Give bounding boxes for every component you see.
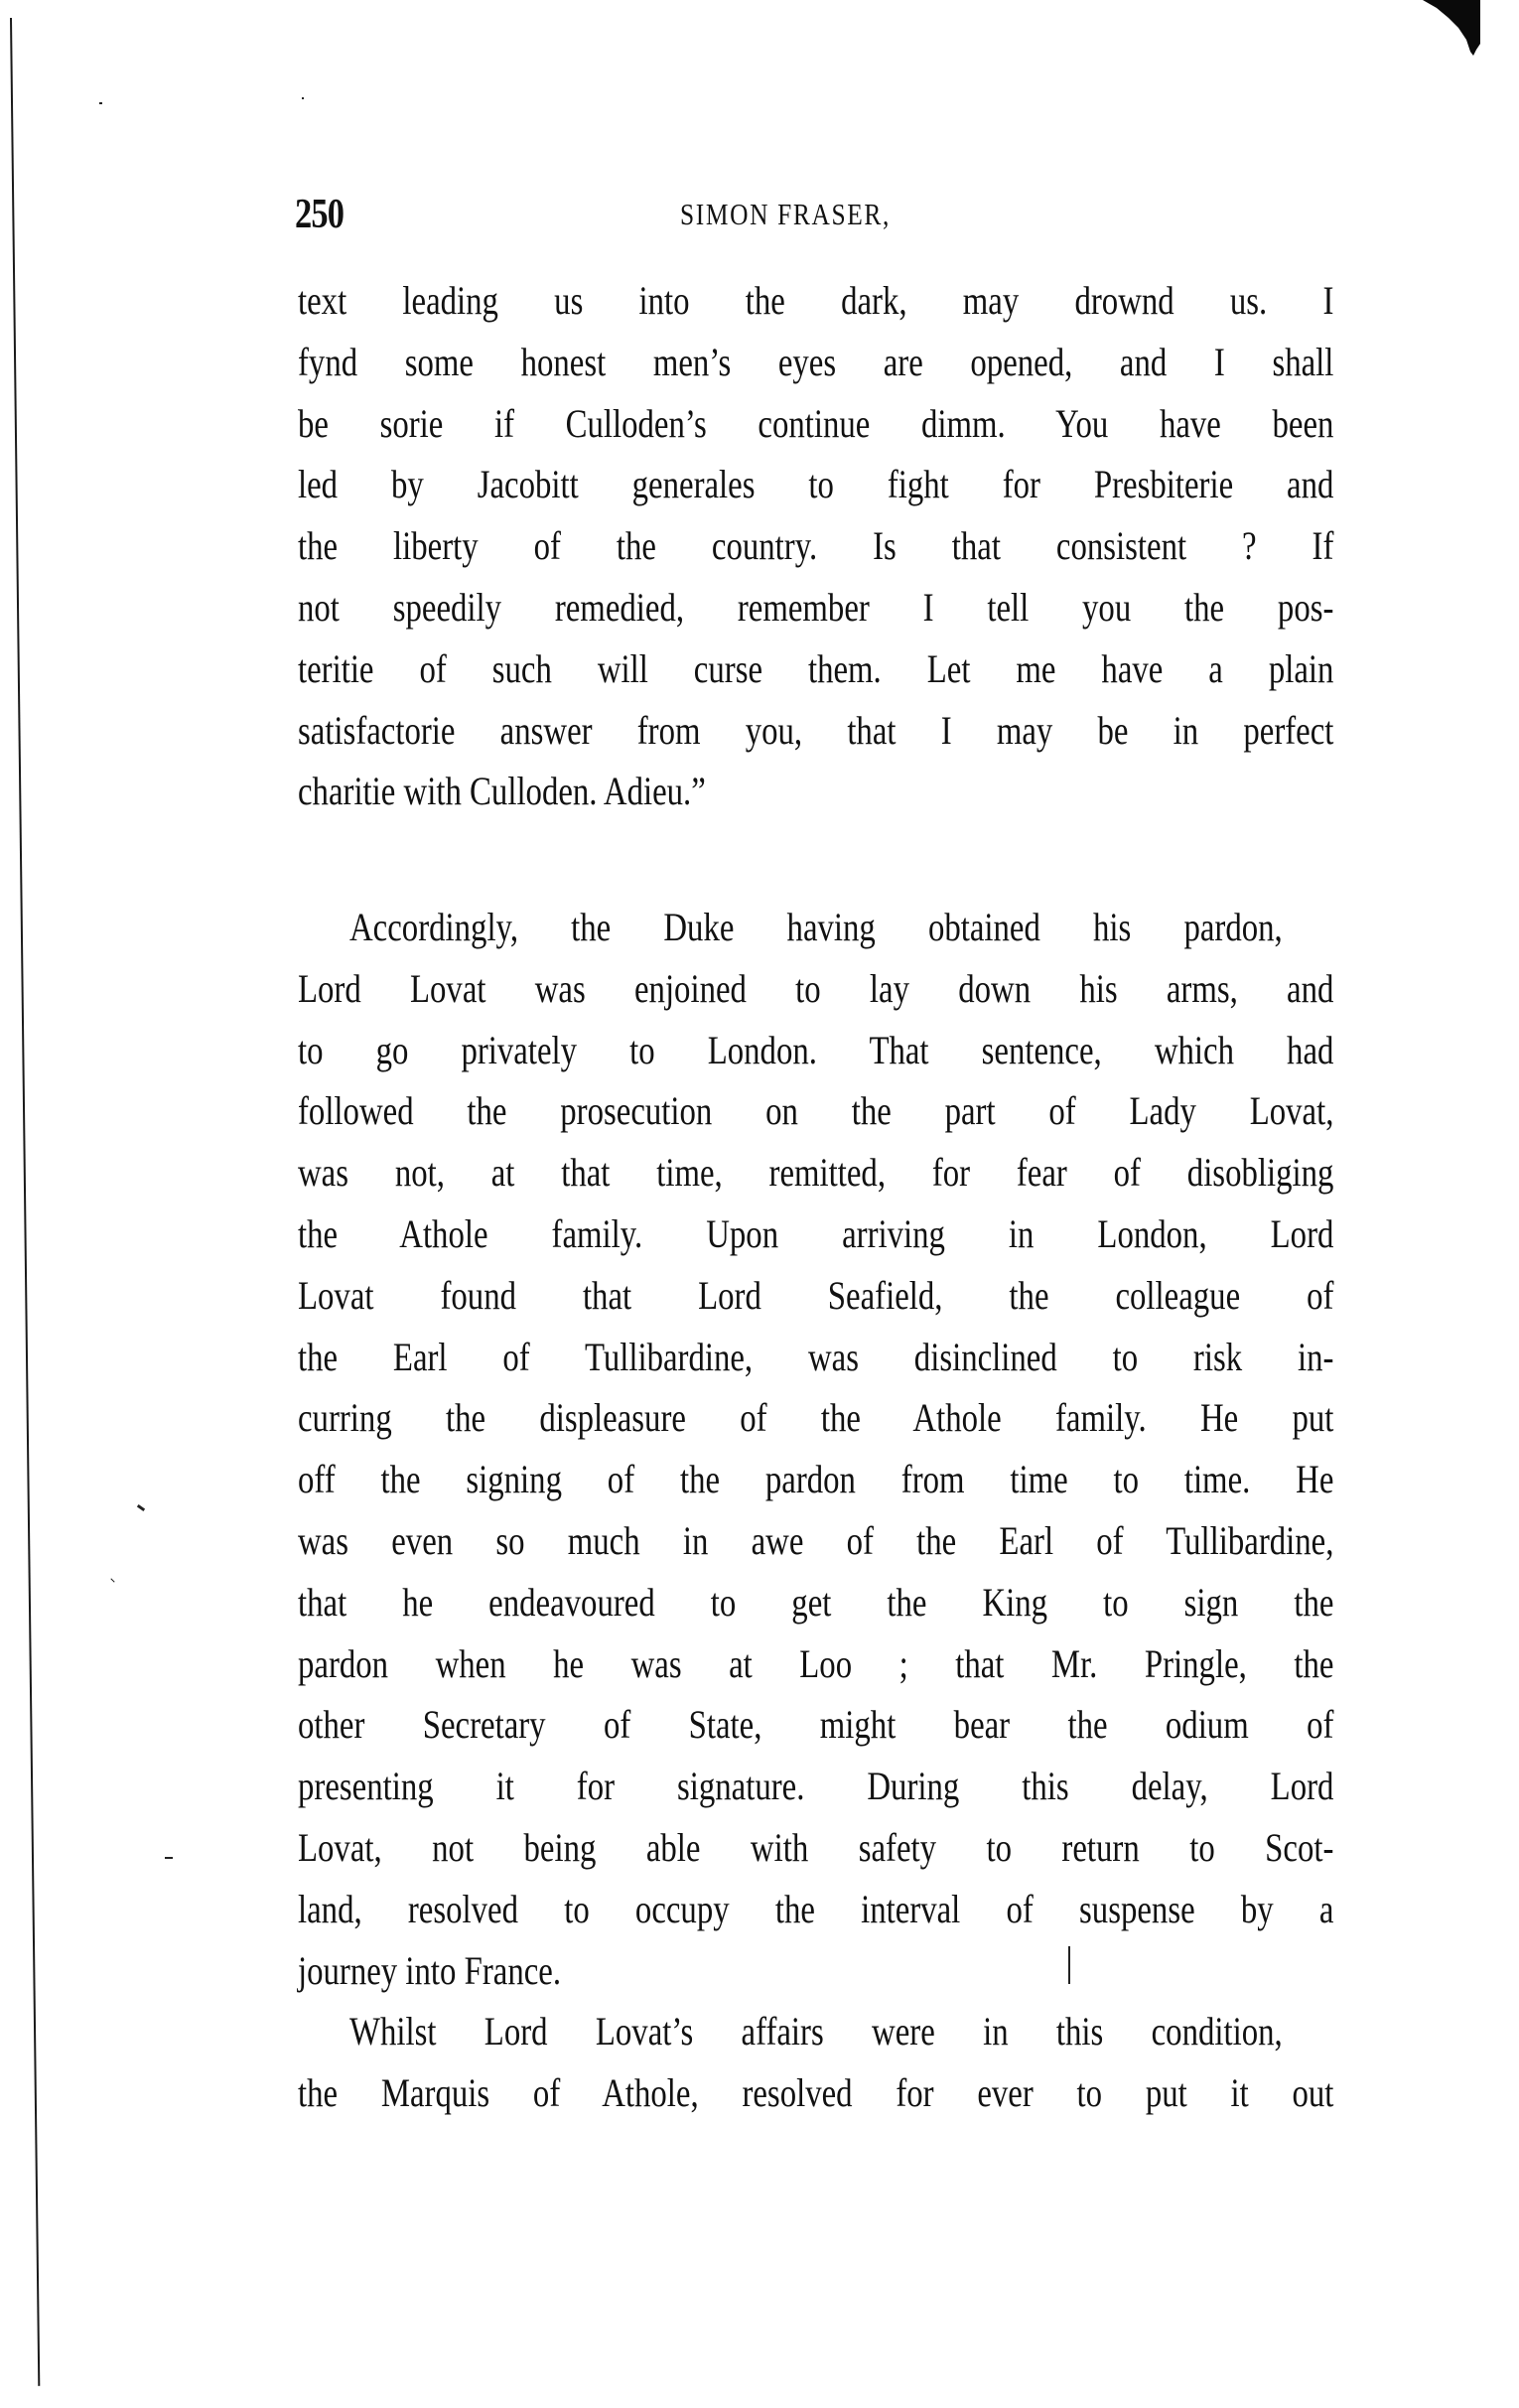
text-line: presenting it for signature. During this… bbox=[298, 1756, 1333, 1817]
scan-speck bbox=[165, 1857, 173, 1859]
text-line: the Marquis of Athole, resolved for ever… bbox=[298, 2062, 1333, 2124]
running-head: 250 SIMON FRASER, bbox=[295, 191, 1333, 242]
paragraph-2: Accordingly, the Duke having obtained hi… bbox=[298, 897, 1333, 2124]
text-line: teritie of such will curse them. Let me … bbox=[298, 638, 1333, 700]
text-line: Whilst Lord Lovat’s affairs were in this… bbox=[298, 2001, 1333, 2062]
scan-speck bbox=[99, 102, 102, 104]
text-line: Accordingly, the Duke having obtained hi… bbox=[298, 897, 1333, 958]
text-line: followed the prosecution on the part of … bbox=[298, 1080, 1333, 1142]
text-line: pardon when he was at Loo ; that Mr. Pri… bbox=[298, 1633, 1333, 1695]
paragraph-1: text leading us into the dark, may drown… bbox=[298, 270, 1333, 822]
text-line: Lovat found that Lord Seafield, the coll… bbox=[298, 1265, 1333, 1327]
text-line: journey into France. bbox=[298, 1940, 1333, 2002]
text-line: curring the displeasure of the Athole fa… bbox=[298, 1387, 1333, 1449]
text-line: text leading us into the dark, may drown… bbox=[298, 270, 1333, 332]
text-line: the Earl of Tullibardine, was disincline… bbox=[298, 1327, 1333, 1388]
text-line: was not, at that time, remitted, for fea… bbox=[298, 1142, 1333, 1204]
text-line: was even so much in awe of the Earl of T… bbox=[298, 1510, 1333, 1572]
text-line: land, resolved to occupy the interval of… bbox=[298, 1879, 1333, 1940]
running-title: SIMON FRASER, bbox=[680, 197, 891, 232]
text-line: Lord Lovat was enjoined to lay down his … bbox=[298, 958, 1333, 1020]
text-line: led by Jacobitt generales to fight for P… bbox=[298, 454, 1333, 515]
page-number: 250 bbox=[295, 191, 344, 238]
text-line: that he endeavoured to get the King to s… bbox=[298, 1572, 1333, 1633]
text-line: charitie with Culloden. Adieu.” bbox=[298, 761, 1333, 822]
text-line: Lovat, not being able with safety to ret… bbox=[298, 1817, 1333, 1879]
text-line: the liberty of the country. Is that cons… bbox=[298, 515, 1333, 577]
scan-speck bbox=[137, 1504, 145, 1511]
text-line: not speedily remedied, remember I tell y… bbox=[298, 577, 1333, 638]
text-line: to go privately to London. That sentence… bbox=[298, 1020, 1333, 1081]
scan-speck bbox=[302, 97, 304, 99]
text-line: fynd some honest men’s eyes are opened, … bbox=[298, 332, 1333, 393]
text-line: be sorie if Culloden’s continue dimm. Yo… bbox=[298, 393, 1333, 455]
scan-page-edge-line bbox=[10, 18, 40, 2386]
text-line: the Athole family. Upon arriving in Lond… bbox=[298, 1204, 1333, 1265]
text-line: off the signing of the pardon from time … bbox=[298, 1449, 1333, 1510]
scan-corner-blot-icon bbox=[1423, 0, 1480, 56]
scan-speck bbox=[110, 1578, 114, 1582]
text-line: other Secretary of State, might bear the… bbox=[298, 1694, 1333, 1756]
text-line: satisfactorie answer from you, that I ma… bbox=[298, 700, 1333, 762]
